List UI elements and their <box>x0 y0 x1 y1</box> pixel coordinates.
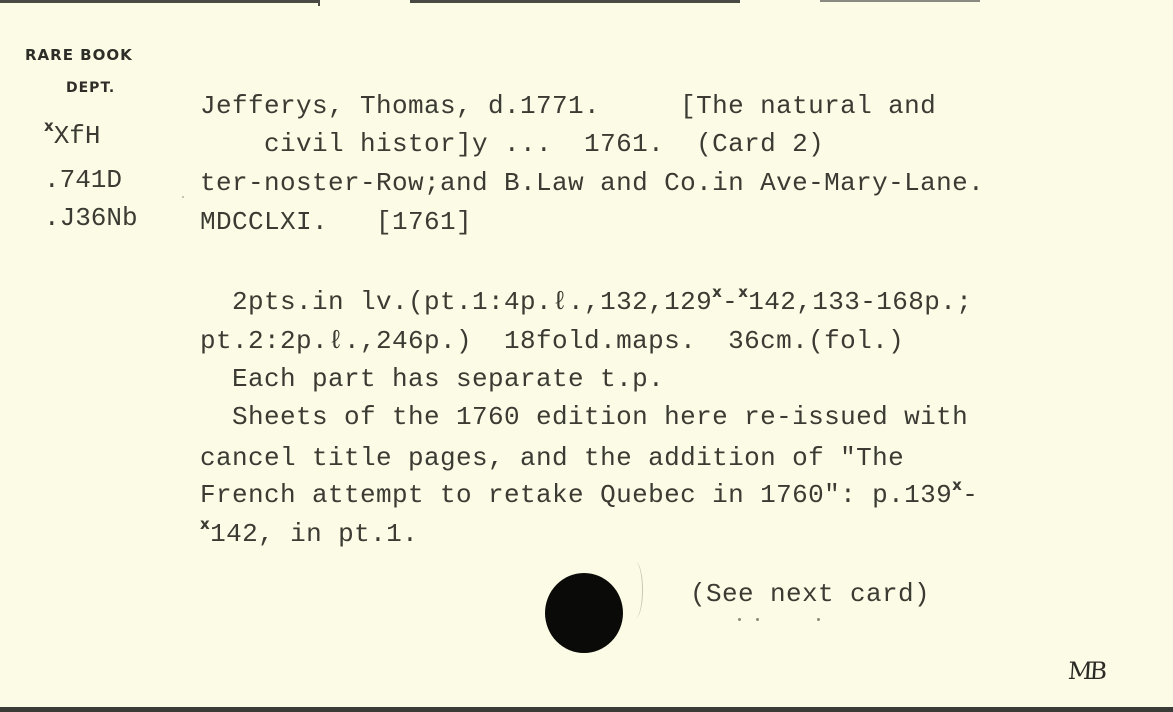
heading-line-1: Jefferys, Thomas, d.1771. [The natural a… <box>200 88 936 124</box>
note-1: Each part has separate t.p. <box>200 361 664 397</box>
collation-text: 2pts.in lv.(pt.1:4p.ℓ.,132,129 <box>200 287 712 317</box>
imprint-line-1: ter-noster-Row;and B.Law and Co.in Ave-M… <box>200 165 984 201</box>
card-bottom-edge <box>0 707 1173 712</box>
cross-mark-icon: x <box>44 117 54 135</box>
dept-stamp: Dept. <box>66 80 115 96</box>
cross-mark-icon: x <box>738 283 748 301</box>
see-next-card: (See next card) <box>690 576 930 612</box>
call-number-line-3: .J36Nb <box>44 200 138 236</box>
note-text: French attempt to retake Quebec in 1760"… <box>200 480 952 510</box>
call-number-line-2: .741D <box>44 162 122 198</box>
paper-speck <box>182 196 184 198</box>
punch-hole-shadow <box>628 562 643 618</box>
card-top-edge <box>410 0 740 3</box>
note-2-line-3: French attempt to retake Quebec in 1760"… <box>200 477 978 515</box>
paper-speck <box>738 618 741 621</box>
imprint-line-2: MDCCLXI. [1761] <box>200 204 472 240</box>
note-2-line-1: Sheets of the 1760 edition here re-issue… <box>200 399 968 435</box>
card-top-edge <box>820 0 980 2</box>
cataloger-initials: MB <box>1067 657 1105 685</box>
note-2-line-4: x142, in pt.1. <box>200 516 418 554</box>
call-number-class: XfH <box>54 121 101 151</box>
card-top-edge <box>0 0 320 3</box>
paper-speck <box>817 618 820 621</box>
cross-mark-icon: x <box>200 515 210 533</box>
note-text: 142, in pt.1. <box>210 519 418 549</box>
rare-book-stamp: Rare Book <box>25 46 133 64</box>
note-dash: - <box>962 480 978 510</box>
paper-speck <box>756 618 759 621</box>
heading-line-2: civil histor]y ... 1761. (Card 2) <box>200 126 824 162</box>
call-number-line-1: xXfH <box>44 118 101 156</box>
collation-line-1: 2pts.in lv.(pt.1:4p.ℓ.,132,129x-x142,133… <box>200 284 972 322</box>
card-top-tick <box>318 0 320 6</box>
cross-mark-icon: x <box>712 283 722 301</box>
note-2-line-2: cancel title pages, and the addition of … <box>200 440 904 476</box>
punch-hole <box>545 573 623 653</box>
collation-line-2: pt.2:2p.ℓ.,246p.) 18fold.maps. 36cm.(fol… <box>200 323 904 359</box>
cross-mark-icon: x <box>952 476 962 494</box>
collation-text: 142,133-168p.; <box>748 287 972 317</box>
catalog-card: Rare Book Dept. xXfH .741D .J36Nb Jeffer… <box>0 0 1173 712</box>
collation-dash: - <box>722 287 738 317</box>
